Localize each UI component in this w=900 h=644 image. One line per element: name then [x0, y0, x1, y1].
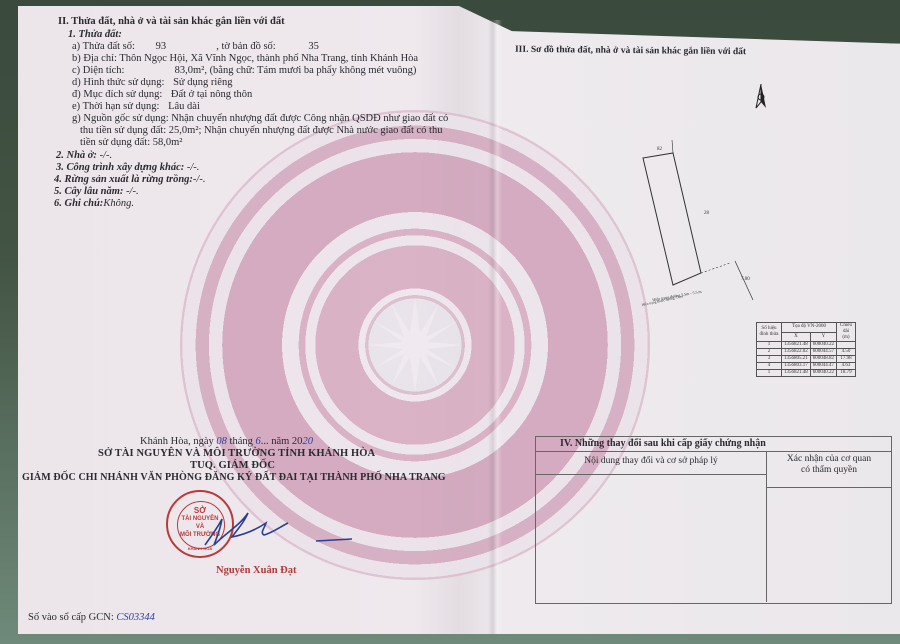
item-value: -/-. — [193, 174, 206, 185]
item-label: 5. Cây lâu năm: — [54, 186, 123, 197]
confirmation-header-line: Xác nhận của cơ quan — [767, 454, 891, 465]
parcel-number-value: 93 — [138, 41, 214, 53]
address-value: Thôn Ngọc Hội, Xã Vĩnh Ngọc, thành phố N… — [119, 53, 418, 64]
table-cell-x: 1356822.02 — [782, 349, 811, 356]
item-value: -/-. — [187, 162, 200, 173]
address-label: b) Địa chỉ: — [72, 53, 117, 64]
confirmation-header-line: có thẩm quyền — [767, 465, 891, 476]
table-row: 31356805.21600048.8217.98 — [757, 356, 856, 363]
signer-name: Nguyễn Xuân Đạt — [216, 565, 297, 577]
table-cell-len: 4.63 — [837, 363, 856, 370]
item-house: 2. Nhà ở: -/-. — [56, 150, 112, 162]
registry-number: CS03344 — [116, 612, 155, 623]
section-iv-title: IV. Những thay đổi sau khi cấp giấy chứn… — [536, 437, 891, 452]
table-cell-x: 1356821.48 — [782, 370, 811, 377]
item-value: -/-. — [100, 150, 113, 161]
table-cell-id: 3 — [757, 356, 782, 363]
table-cell-id: 2 — [757, 349, 782, 356]
table-row: 11356821.48600040.2218.79 — [757, 370, 856, 377]
item-notes: 6. Ghi chú:Không. — [54, 198, 134, 210]
table-row: 11356821.48600040.22 — [757, 342, 856, 349]
table-cell-y: 600044.57 — [810, 349, 836, 356]
changes-confirmation-header: Xác nhận của cơ quan có thẩm quyền — [767, 452, 891, 488]
item-label: 4. Rừng sản xuất là rừng trồng: — [54, 174, 193, 185]
table-cell-y: 600040.22 — [810, 370, 836, 377]
table-row: 41356803.17600044.474.63 — [757, 363, 856, 370]
signing-month: 6 — [255, 436, 260, 447]
parcel-sketch: 82 28 7.00 Hiện trạng thuộc đường 7.0 m — [630, 128, 760, 308]
year-label: năm 20 — [271, 436, 302, 447]
table-cell-y: 600048.82 — [810, 356, 836, 363]
table-cell-id: 4 — [757, 363, 782, 370]
usage-purpose-row: đ) Mục đích sử dụng: Đất ở tại nông thôn — [72, 89, 252, 101]
usage-form-value: Sử dụng riêng — [167, 77, 232, 88]
col-y: Y — [810, 332, 836, 342]
item-label: 3. Công trình xây dựng khác: — [56, 162, 184, 173]
signature-icon — [200, 505, 360, 550]
item-perennial-trees: 5. Cây lâu năm: -/-. — [54, 186, 139, 198]
col-vertex-id: Số hiệu đỉnh thửa — [757, 323, 782, 342]
table-cell-len — [837, 342, 856, 349]
table-cell-y: 600040.22 — [810, 342, 836, 349]
area-label: c) Diện tích: — [72, 65, 172, 77]
usage-purpose-label: đ) Mục đích sử dụng: — [72, 89, 162, 100]
item-other-construction: 3. Công trình xây dựng khác: -/-. — [56, 162, 199, 174]
changes-table: IV. Những thay đổi sau khi cấp giấy chứn… — [535, 436, 892, 604]
diagram-label-82: 82 — [657, 147, 663, 152]
usage-term-row: e) Thời hạn sử dụng: Lâu dài — [72, 101, 200, 113]
subsection-land-parcel: 1. Thửa đất: — [68, 29, 122, 41]
col-coordinates: Tọa độ VN-2000 — [782, 323, 837, 333]
signing-day: 08 — [216, 436, 227, 447]
place-date-label: Khánh Hòa, ngày — [140, 436, 214, 447]
north-arrow-icon — [754, 84, 768, 110]
col-x: X — [782, 332, 811, 342]
table-cell-id: 1 — [757, 342, 782, 349]
item-label: 6. Ghi chú: — [54, 198, 103, 209]
table-cell-len: 17.98 — [837, 356, 856, 363]
table-cell-x: 1356821.48 — [782, 342, 811, 349]
on-behalf-title: TUQ. GIÁM ĐỐC — [190, 460, 275, 472]
map-sheet-value: 35 — [278, 41, 319, 52]
registry-row: Số vào sổ cấp GCN: CS03344 — [28, 612, 155, 624]
usage-term-label: e) Thời hạn sử dụng: — [72, 101, 159, 112]
area-row: c) Diện tích: 83,0m², (bằng chữ: Tám mươ… — [72, 65, 416, 77]
item-value: Không. — [103, 198, 134, 209]
month-label: tháng — [230, 436, 253, 447]
section-iii-title: III. Sơ đồ thửa đất, nhà ở và tài sản kh… — [515, 44, 746, 58]
origin-line-3: tiền sử dụng đất: 58,0m² — [80, 137, 182, 149]
usage-purpose-value: Đất ở tại nông thôn — [165, 89, 252, 100]
star-watermark-icon — [365, 295, 465, 395]
parcel-number-row: a) Thửa đất số: 93 , tờ bản đồ số: 35 — [72, 41, 319, 53]
diagram-label-28: 28 — [704, 211, 710, 216]
issuing-authority: SỞ TÀI NGUYÊN VÀ MÔI TRƯỜNG TỈNH KHÁNH H… — [98, 448, 375, 460]
signing-date: Khánh Hòa, ngày 08 tháng 6... năm 2020 — [140, 436, 313, 448]
usage-term-value: Lâu dài — [162, 101, 200, 112]
table-row: 21356822.02600044.574.50 — [757, 349, 856, 356]
section-ii-title: II. Thửa đất, nhà ở và tài sản khác gắn … — [58, 16, 285, 28]
item-label: 2. Nhà ở: — [56, 150, 97, 161]
table-cell-len: 18.79 — [837, 370, 856, 377]
signing-year: 20 — [302, 436, 313, 447]
col-length: Chiều dài (m) — [837, 323, 856, 342]
coordinates-table: Số hiệu đỉnh thửa Tọa độ VN-2000 Chiều d… — [756, 322, 856, 377]
diagram-label-width: 7.00 — [741, 277, 750, 282]
usage-form-label: d) Hình thức sử dụng: — [72, 77, 164, 88]
parcel-number-label: a) Thửa đất số: — [72, 41, 135, 52]
area-value: 83,0m², (bằng chữ: Tám mươi ba phẩy khôn… — [175, 65, 417, 76]
changes-content-header: Nội dung thay đổi và cơ sở pháp lý — [536, 452, 766, 475]
usage-form-row: d) Hình thức sử dụng: Sử dụng riêng — [72, 77, 232, 89]
page-fold — [488, 20, 502, 634]
table-cell-x: 1356805.21 — [782, 356, 811, 363]
origin-line-1: g) Nguồn gốc sử dụng: Nhận chuyển nhượng… — [72, 113, 448, 125]
origin-line-2: thu tiền sử dụng đất: 25,0m²; Nhận chuyể… — [80, 125, 442, 137]
table-cell-x: 1356803.17 — [782, 363, 811, 370]
address-row: b) Địa chỉ: Thôn Ngọc Hội, Xã Vĩnh Ngọc,… — [72, 53, 418, 65]
table-cell-len: 4.50 — [837, 349, 856, 356]
table-cell-y: 600044.47 — [810, 363, 836, 370]
signer-position: GIÁM ĐỐC CHI NHÁNH VĂN PHÒNG ĐĂNG KÝ ĐẤT… — [22, 472, 446, 484]
table-cell-id: 1 — [757, 370, 782, 377]
item-production-forest: 4. Rừng sản xuất là rừng trồng:-/-. — [54, 174, 205, 186]
registry-label: Số vào sổ cấp GCN: — [28, 612, 114, 623]
map-sheet-label: , tờ bản đồ số: — [216, 41, 276, 52]
item-value: -/-. — [126, 186, 139, 197]
